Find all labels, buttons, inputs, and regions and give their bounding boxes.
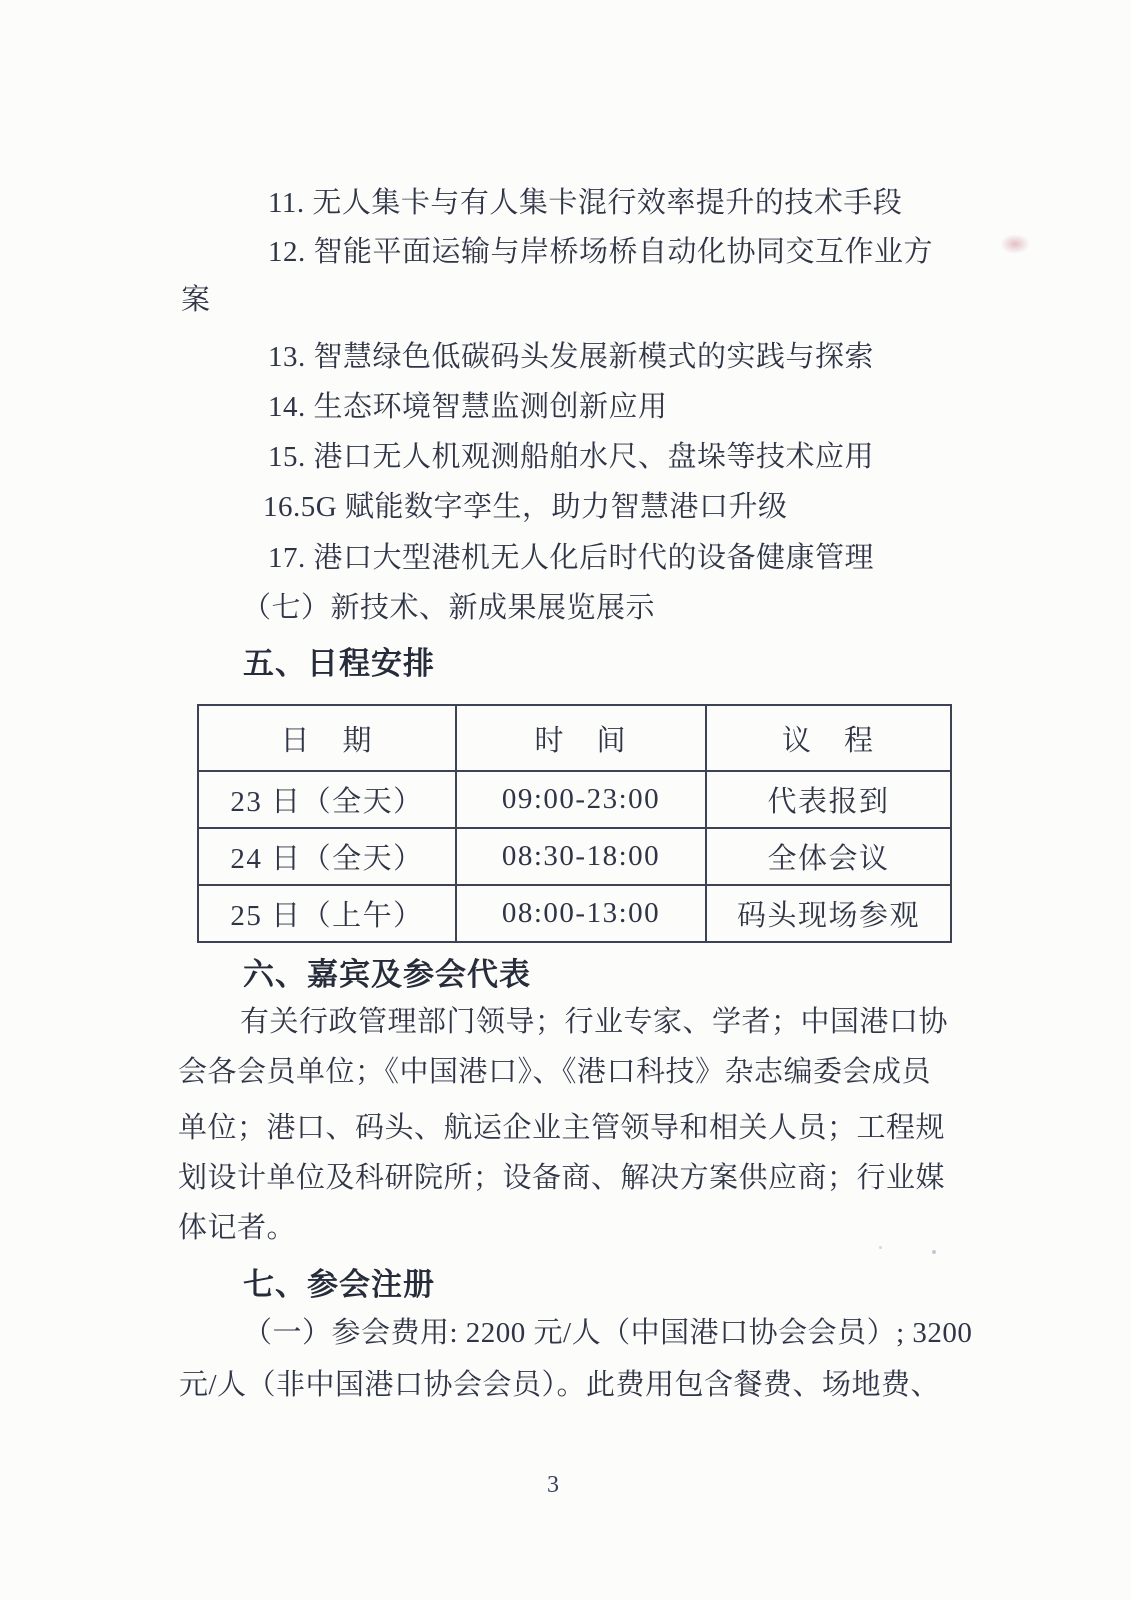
sub-section-7-heading: （七）新技术、新成果展览展示 (242, 588, 655, 628)
scan-speck-artifact (932, 1250, 936, 1254)
schedule-cell-date: 24 日（全天） (198, 828, 456, 885)
section-7-heading: 七、参会注册 (243, 1265, 435, 1305)
topic-item-16: 16.5G 赋能数字孪生，助力智慧港口升级 (263, 487, 787, 527)
section-6-body-line-2: 会各会员单位；《中国港口》、《港口科技》杂志编委会成员 (178, 1052, 931, 1092)
schedule-cell-time: 09:00-23:00 (456, 771, 706, 828)
schedule-cell-time: 08:00-13:00 (456, 885, 706, 942)
schedule-header-date: 日 期 (198, 705, 456, 771)
scanned-document-page: 11. 无人集卡与有人集卡混行效率提升的技术手段 12. 智能平面运输与岸桥场桥… (0, 0, 1131, 1600)
section-6-heading: 六、嘉宾及参会代表 (243, 955, 531, 995)
section-7-body-line-2: 元/人（非中国港口协会会员）。此费用包含餐费、场地费、 (179, 1365, 940, 1405)
schedule-cell-date: 25 日（上午） (198, 885, 456, 942)
topic-item-15: 15. 港口无人机观测船舶水尺、盘垛等技术应用 (268, 437, 874, 477)
schedule-row-day24: 24 日（全天） 08:30-18:00 全体会议 (198, 828, 951, 885)
schedule-row-day25: 25 日（上午） 08:00-13:00 码头现场参观 (198, 885, 951, 942)
section-6-body-line-1: 有关行政管理部门领导；行业专家、学者；中国港口协 (240, 1002, 948, 1042)
schedule-cell-agenda: 码头现场参观 (706, 885, 951, 942)
topic-item-12-line2: 案 (181, 280, 211, 320)
schedule-cell-agenda: 全体会议 (706, 828, 951, 885)
schedule-header-row: 日 期 时 间 议 程 (198, 705, 951, 771)
page-number: 3 (0, 1472, 1106, 1499)
scan-speck-artifact (879, 1246, 882, 1249)
topic-item-14: 14. 生态环境智慧监测创新应用 (268, 387, 668, 427)
schedule-header-agenda: 议 程 (706, 705, 951, 771)
topic-item-17: 17. 港口大型港机无人化后时代的设备健康管理 (268, 538, 874, 578)
topic-item-11: 11. 无人集卡与有人集卡混行效率提升的技术手段 (268, 183, 902, 223)
topic-item-13: 13. 智慧绿色低碳码头发展新模式的实践与探索 (268, 337, 874, 377)
topic-item-12-line1: 12. 智能平面运输与岸桥场桥自动化协同交互作业方 (268, 232, 933, 272)
schedule-cell-date: 23 日（全天） (198, 771, 456, 828)
section-6-body-line-5: 体记者。 (178, 1208, 296, 1248)
section-7-body-line-1: （一）参会费用: 2200 元/人（中国港口协会会员）; 3200 (243, 1313, 972, 1353)
scan-smudge-artifact (1000, 234, 1030, 254)
section-6-body-line-3: 单位；港口、码头、航运企业主管领导和相关人员；工程规 (178, 1108, 945, 1148)
section-5-heading: 五、日程安排 (243, 644, 435, 684)
schedule-cell-time: 08:30-18:00 (456, 828, 706, 885)
schedule-cell-agenda: 代表报到 (706, 771, 951, 828)
schedule-table: 日 期 时 间 议 程 23 日（全天） 09:00-23:00 代表报到 24… (197, 704, 952, 943)
schedule-row-day23: 23 日（全天） 09:00-23:00 代表报到 (198, 771, 951, 828)
section-6-body-line-4: 划设计单位及科研院所；设备商、解决方案供应商；行业媒 (178, 1158, 945, 1198)
schedule-header-time: 时 间 (456, 705, 706, 771)
